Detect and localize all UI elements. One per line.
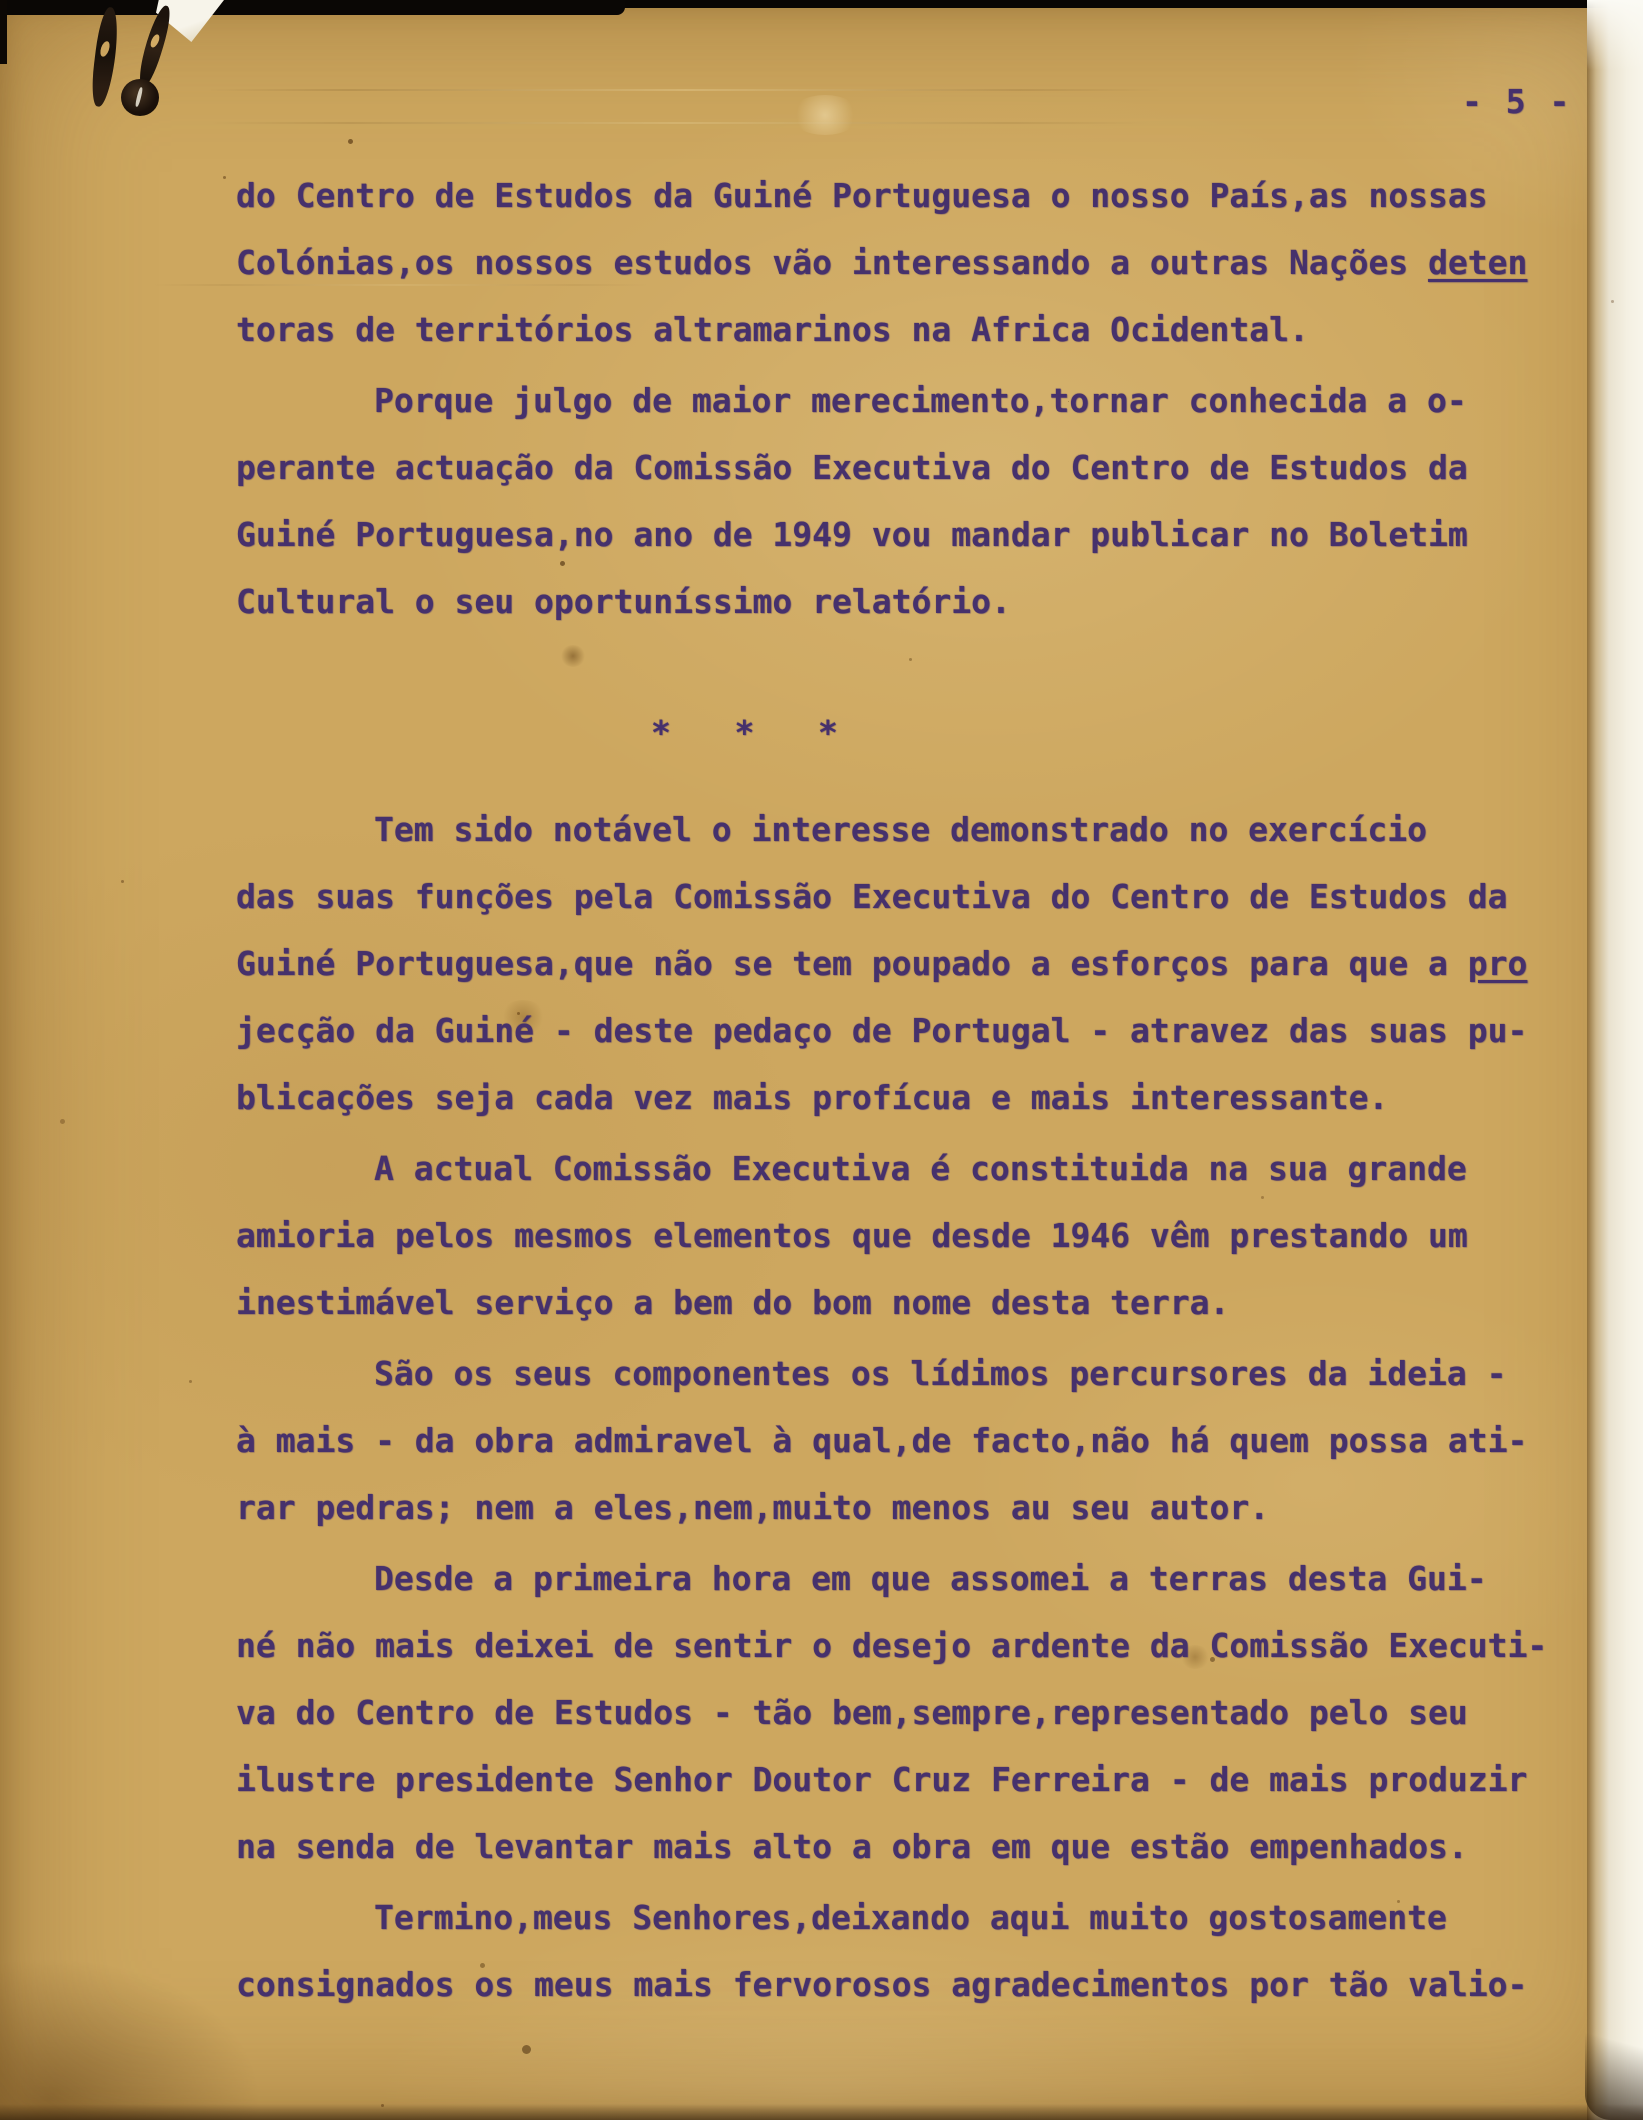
- text-line: Termino,meus Senhores,deixando aqui muit…: [236, 1884, 1608, 1951]
- staple-mark-left: [89, 6, 121, 108]
- paragraph-1: do Centro de Estudos da Guiné Portuguesa…: [236, 162, 1608, 363]
- text-line: na senda de levantar mais alto a obra em…: [236, 1813, 1608, 1880]
- paragraph-5: São os seus componentes os lídimos percu…: [236, 1340, 1608, 1541]
- paper-crease: [210, 122, 1150, 124]
- underlying-page-edge-top: [1587, 0, 1643, 70]
- scan-edge-left: [0, 0, 7, 64]
- text-segment: Guiné Portuguesa,que não se tem poupado …: [236, 944, 1468, 983]
- paragraph-7: Termino,meus Senhores,deixando aqui muit…: [236, 1884, 1608, 2018]
- text-line: Desde a primeira hora em que assomei a t…: [236, 1545, 1608, 1612]
- scan-edge-top-left: [0, 0, 625, 15]
- text-line: ilustre presidente Senhor Doutor Cruz Fe…: [236, 1746, 1608, 1813]
- text-line: Guiné Portuguesa,no ano de 1949 vou mand…: [236, 501, 1608, 568]
- paragraph-2: Porque julgo de maior merecimento,tornar…: [236, 367, 1608, 635]
- paragraph-3: Tem sido notável o interesse demonstrado…: [236, 796, 1608, 1131]
- page-number: - 5 -: [1462, 72, 1571, 132]
- text-line: Guiné Portuguesa,que não se tem poupado …: [236, 930, 1608, 997]
- scan-edge-bottom: [0, 2104, 1643, 2120]
- text-line: né não mais deixei de sentir o desejo ar…: [236, 1612, 1608, 1679]
- paragraph-6: Desde a primeira hora em que assomei a t…: [236, 1545, 1608, 1880]
- text-line: do Centro de Estudos da Guiné Portuguesa…: [236, 162, 1608, 229]
- text-line: jecção da Guiné - deste pedaço de Portug…: [236, 997, 1608, 1064]
- typewritten-text: do Centro de Estudos da Guiné Portuguesa…: [236, 162, 1608, 2022]
- text-line: Porque julgo de maior merecimento,tornar…: [236, 367, 1608, 434]
- text-line: à mais - da obra admiravel à qual,de fac…: [236, 1407, 1608, 1474]
- scanned-page: - 5 - do Centro de Estudos da Guiné Port…: [0, 0, 1643, 2120]
- fastener-head: [121, 79, 159, 116]
- section-separator: * * *: [236, 699, 1608, 766]
- text-segment: Colónias,os nossos estudos vão interessa…: [236, 243, 1428, 282]
- text-line: blicações seja cada vez mais profícua e …: [236, 1064, 1608, 1131]
- text-line: A actual Comissão Executiva é constituid…: [236, 1135, 1608, 1202]
- paper-highlight: [790, 95, 860, 135]
- text-line: das suas funções pela Comissão Executiva…: [236, 863, 1608, 930]
- paragraph-4: A actual Comissão Executiva é constituid…: [236, 1135, 1608, 1336]
- staple-mark-right: [134, 3, 175, 88]
- text-line: Tem sido notável o interesse demonstrado…: [236, 796, 1608, 863]
- paper-speckles: [348, 139, 353, 144]
- text-line: inestimável serviço a bem do bom nome de…: [236, 1269, 1608, 1336]
- text-line: Colónias,os nossos estudos vão interessa…: [236, 229, 1608, 296]
- underlined-word: pro: [1468, 944, 1528, 983]
- text-line: va do Centro de Estudos - tão bem,sempre…: [236, 1679, 1608, 1746]
- text-line: perante actuação da Comissão Executiva d…: [236, 434, 1608, 501]
- text-line: Cultural o seu oportuníssimo relatório.: [236, 568, 1608, 635]
- text-line: consignados os meus mais fervorosos agra…: [236, 1951, 1608, 2018]
- underlined-word: deten: [1428, 243, 1527, 282]
- text-line: São os seus componentes os lídimos percu…: [236, 1340, 1608, 1407]
- text-line: toras de territórios altramarinos na Afr…: [236, 296, 1608, 363]
- text-line: rar pedras; nem a eles,nem,muito menos a…: [236, 1474, 1608, 1541]
- paper-crease: [205, 89, 1165, 91]
- text-line: amioria pelos mesmos elementos que desde…: [236, 1202, 1608, 1269]
